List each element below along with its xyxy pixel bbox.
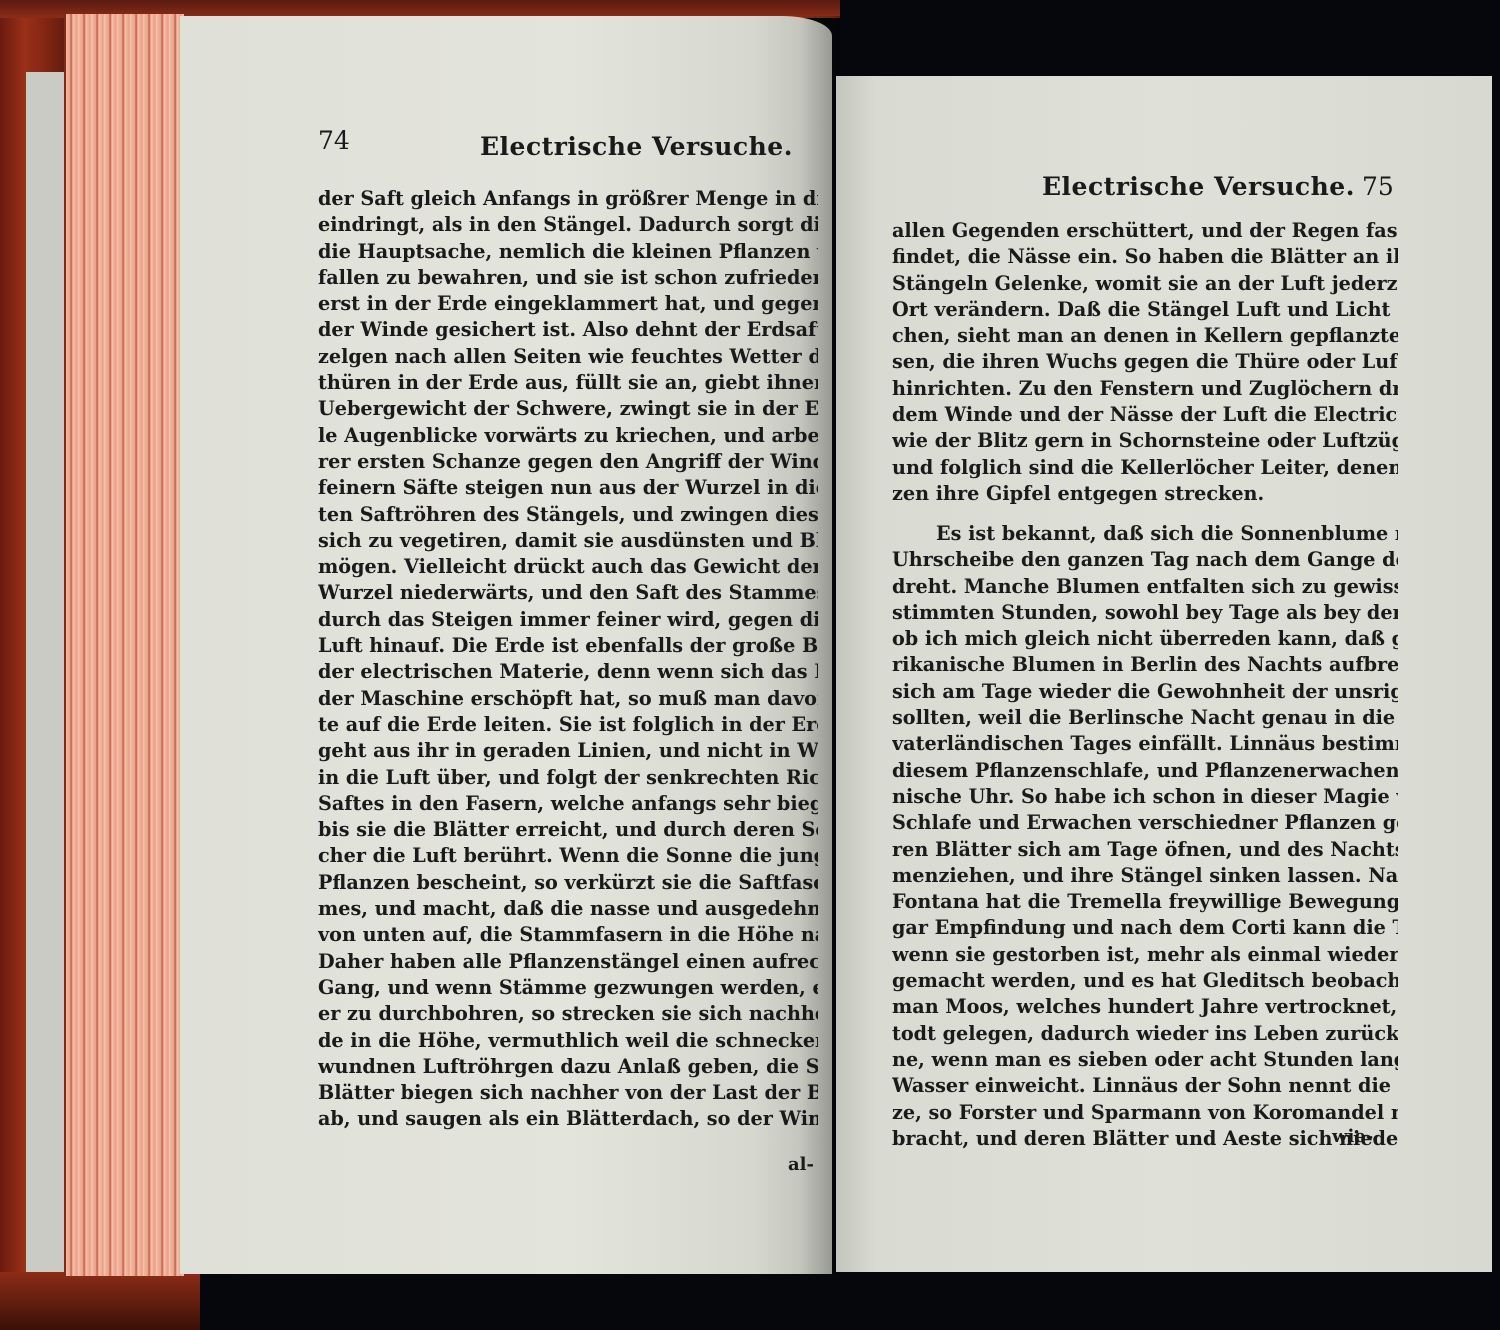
text-line: bracht, und deren Blätter und Aeste sich… (892, 1126, 1398, 1152)
text-line: ne, wenn man es sieben oder acht Stunden… (892, 1047, 1398, 1073)
text-line: cher die Luft berührt. Wenn die Sonne di… (318, 843, 818, 869)
text-line: menziehen, und ihre Stängel sinken lasse… (892, 863, 1398, 889)
text-line: der Saft gleich Anfangs in größrer Menge… (318, 186, 818, 212)
text-line: ob ich mich gleich nicht überreden kann,… (892, 626, 1398, 652)
text-line: diesem Pflanzenschlafe, und Pflanzenerwa… (892, 758, 1398, 784)
text-line: man Moos, welches hundert Jahre vertrock… (892, 994, 1398, 1020)
endpaper (26, 72, 66, 1272)
paragraph-2: Es ist bekannt, daß sich die Sonnenblume… (892, 521, 1398, 1152)
text-line: der Winde gesichert ist. Also dehnt der … (318, 317, 818, 343)
running-head: Electrische Versuche. (480, 132, 793, 161)
text-line: nische Uhr. So habe ich schon in dieser … (892, 784, 1398, 810)
text-line: dreht. Manche Blumen entfalten sich zu g… (892, 574, 1398, 600)
text-line: zelgen nach allen Seiten wie feuchtes We… (318, 344, 818, 370)
text-line: Blätter biegen sich nachher von der Last… (318, 1080, 818, 1106)
text-line: rikanische Blumen in Berlin des Nachts a… (892, 652, 1398, 678)
page-number: 74 (318, 126, 350, 155)
running-head: Electrische Versuche. (1042, 172, 1355, 201)
text-line: sich am Tage wieder die Gewohnheit der u… (892, 679, 1398, 705)
text-line: von unten auf, die Stammfasern in die Hö… (318, 922, 818, 948)
text-line: ze, so Forster und Sparmann von Koromand… (892, 1100, 1398, 1126)
text-line: ren Blätter sich am Tage öfnen, und des … (892, 837, 1398, 863)
text-line: eindringt, als in den Stängel. Dadurch s… (318, 212, 818, 238)
text-line: die Hauptsache, nemlich die kleinen Pfla… (318, 239, 818, 265)
text-line: in die Luft über, und folgt der senkrech… (318, 765, 818, 791)
text-line: thüren in der Erde aus, füllt sie an, gi… (318, 370, 818, 396)
text-line: dem Winde und der Nässe der Luft die Ele… (892, 402, 1398, 428)
catchword: al- (788, 1154, 814, 1175)
body-text: der Saft gleich Anfangs in größrer Menge… (318, 186, 818, 1133)
catchword: wie- (1332, 1126, 1373, 1147)
text-line: der electrischen Materie, denn wenn sich… (318, 659, 818, 685)
text-line: geht aus ihr in geraden Linien, und nich… (318, 738, 818, 764)
text-line: wundnen Luftröhrgen dazu Anlaß geben, di… (318, 1054, 818, 1080)
paragraph-1: allen Gegenden erschüttert, und der Rege… (892, 218, 1398, 507)
text-line: zen ihre Gipfel entgegen strecken. (892, 481, 1398, 507)
text-line: todt gelegen, dadurch wieder ins Leben z… (892, 1021, 1398, 1047)
text-line: allen Gegenden erschüttert, und der Rege… (892, 218, 1398, 244)
text-line: Stängeln Gelenke, womit sie an der Luft … (892, 271, 1398, 297)
text-line: Wurzel niederwärts, und den Saft des Sta… (318, 580, 818, 606)
text-line: er zu durchbohren, so strecken sie sich … (318, 1001, 818, 1027)
text-line: le Augenblicke vorwärts zu kriechen, und… (318, 423, 818, 449)
text-line: Schlafe und Erwachen verschiedner Pflanz… (892, 810, 1398, 836)
text-line: Es ist bekannt, daß sich die Sonnenblume… (892, 521, 1398, 547)
text-line: sich zu vegetiren, damit sie ausdünsten … (318, 528, 818, 554)
text-line: te auf die Erde leiten. Sie ist folglich… (318, 712, 818, 738)
text-line: wie der Blitz gern in Schornsteine oder … (892, 428, 1398, 454)
left-page: 74 Electrische Versuche. der Saft gleich… (180, 16, 832, 1274)
text-line: bis sie die Blätter erreicht, und durch … (318, 817, 818, 843)
text-line: sen, die ihren Wuchs gegen die Thüre ode… (892, 349, 1398, 375)
text-line: mögen. Vielleicht drückt auch das Gewich… (318, 554, 818, 580)
book-cover-bottom (0, 1272, 200, 1330)
text-line: Daher haben alle Pflanzenstängel einen a… (318, 949, 818, 975)
text-line: gemacht werden, und es hat Gleditsch beo… (892, 968, 1398, 994)
text-line: stimmten Stunden, sowohl bey Tage als be… (892, 600, 1398, 626)
text-line: Ort verändern. Daß die Stängel Luft und … (892, 297, 1398, 323)
page-number: 75 (1362, 172, 1394, 201)
text-line: fallen zu bewahren, und sie ist schon zu… (318, 265, 818, 291)
text-line: Uebergewicht der Schwere, zwingt sie in … (318, 396, 818, 422)
text-line: findet, die Nässe ein. So haben die Blät… (892, 244, 1398, 270)
text-line: durch das Steigen immer feiner wird, geg… (318, 607, 818, 633)
text-line: hinrichten. Zu den Fenstern und Zuglöche… (892, 376, 1398, 402)
text-line: ab, und saugen als ein Blätterdach, so d… (318, 1106, 818, 1132)
page-fore-edge (64, 14, 184, 1276)
text-line: und folglich sind die Kellerlöcher Leite… (892, 455, 1398, 481)
text-line: der Maschine erschöpft hat, so muß man d… (318, 686, 818, 712)
text-line: Fontana hat die Tremella freywillige Bew… (892, 889, 1398, 915)
text-line: rer ersten Schanze gegen den Angriff der… (318, 449, 818, 475)
text-line: de in die Höhe, vermuthlich weil die sch… (318, 1028, 818, 1054)
text-line: Saftes in den Fasern, welche anfangs seh… (318, 791, 818, 817)
right-page: Electrische Versuche. 75 allen Gegenden … (836, 76, 1492, 1272)
text-line: mes, und macht, daß die nasse und ausged… (318, 896, 818, 922)
text-line: sollten, weil die Berlinsche Nacht genau… (892, 705, 1398, 731)
text-line: Gang, und wenn Stämme gezwungen werden, … (318, 975, 818, 1001)
text-line: gar Empfindung und nach dem Corti kann d… (892, 915, 1398, 941)
text-line: Uhrscheibe den ganzen Tag nach dem Gange… (892, 547, 1398, 573)
text-line: feinern Säfte steigen nun aus der Wurzel… (318, 475, 818, 501)
text-line: Wasser einweicht. Linnäus der Sohn nennt… (892, 1073, 1398, 1099)
text-line: Luft hinauf. Die Erde ist ebenfalls der … (318, 633, 818, 659)
text-line: Pflanzen bescheint, so verkürzt sie die … (318, 870, 818, 896)
text-line: wenn sie gestorben ist, mehr als einmal … (892, 942, 1398, 968)
text-line: erst in der Erde eingeklammert hat, und … (318, 291, 818, 317)
text-line: ten Saftröhren des Stängels, und zwingen… (318, 502, 818, 528)
text-line: vaterländischen Tages einfällt. Linnäus … (892, 731, 1398, 757)
text-line: chen, sieht man an denen in Kellern gepf… (892, 323, 1398, 349)
